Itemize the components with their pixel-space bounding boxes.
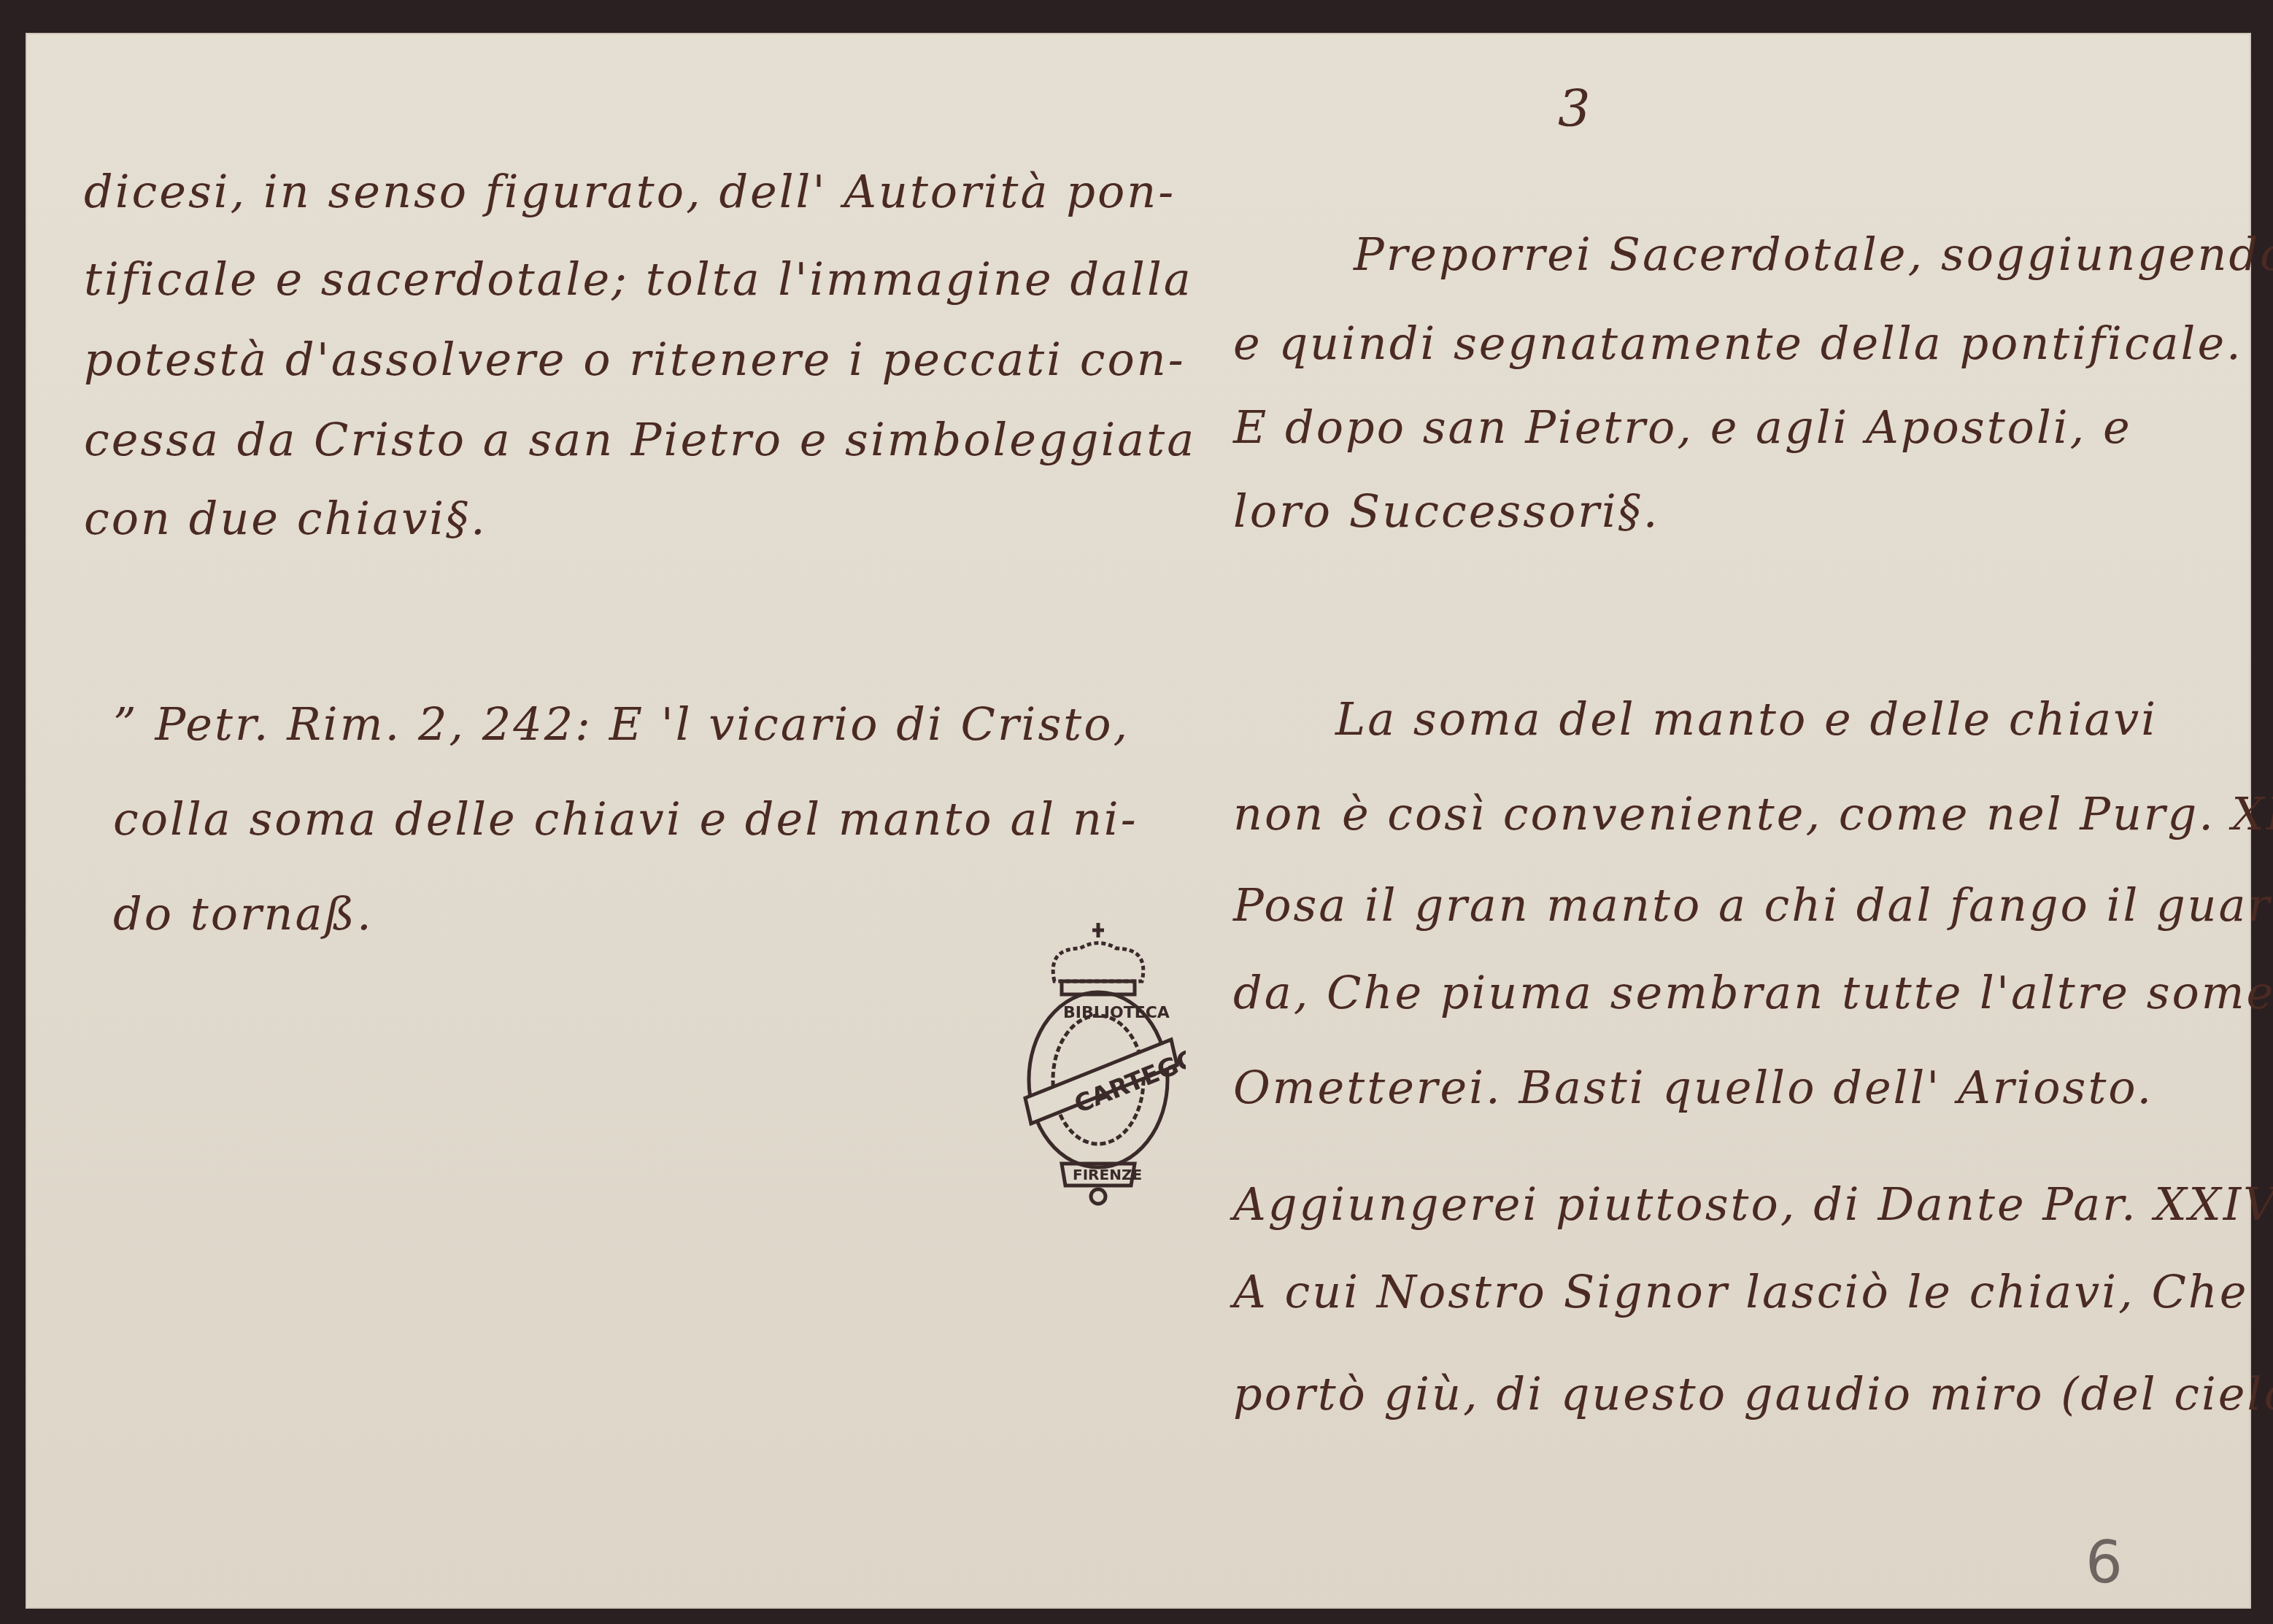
right-line-5: La soma del manto e delle chiavi bbox=[1335, 697, 2158, 742]
folio-number: 6 bbox=[2085, 1528, 2123, 1596]
right-line-11: A cui Nostro Signor lasciò le chiavi, Ch… bbox=[1233, 1269, 2248, 1315]
left-line-7: colla soma delle chiavi e del manto al n… bbox=[113, 797, 1138, 842]
right-line-1: Preporrei Sacerdotale, soggiungendo: bbox=[1354, 232, 2273, 277]
left-line-3: potestà d'assolvere o ritenere i peccati… bbox=[84, 337, 1186, 382]
right-line-2: e quindi segnatamente della pontificale. bbox=[1233, 321, 2243, 366]
left-line-5: con due chiavi§. bbox=[84, 496, 487, 541]
left-line-2: tificale e sacerdotale; tolta l'immagine… bbox=[84, 257, 1193, 302]
crown-crest-icon: BIBLIOTECA CARTEGGI FIRENZE bbox=[1011, 916, 1186, 1207]
library-stamp: BIBLIOTECA CARTEGGI FIRENZE bbox=[1011, 916, 1186, 1207]
right-line-6: non è così conveniente, come nel Purg. X… bbox=[1233, 792, 2273, 837]
right-line-8: da, Che piuma sembran tutte l'altre some… bbox=[1233, 970, 2273, 1016]
left-line-6: ” Petr. Rim. 2, 242: E 'l vicario di Cri… bbox=[113, 702, 1130, 747]
right-line-12: portò giù, di questo gaudio miro (del ci… bbox=[1233, 1372, 2273, 1417]
svg-text:FIRENZE: FIRENZE bbox=[1073, 1166, 1142, 1183]
right-line-3: E dopo san Pietro, e agli Apostoli, e bbox=[1233, 405, 2132, 450]
right-line-10: Aggiungerei piuttosto, di Dante Par. XXI… bbox=[1233, 1182, 2273, 1227]
left-line-4: cessa da Cristo a san Pietro e simbolegg… bbox=[84, 417, 1196, 463]
left-line-1: dicesi, in senso figurato, dell' Autorit… bbox=[84, 169, 1176, 214]
right-line-9: Ometterei. Basti quello dell' Ariosto. bbox=[1233, 1065, 2153, 1110]
page-number: 3 bbox=[1558, 79, 1591, 139]
left-line-8: do tornaß. bbox=[113, 892, 374, 937]
right-line-7: Posa il gran manto a chi dal fango il gu… bbox=[1233, 883, 2273, 928]
svg-text:BIBLIOTECA: BIBLIOTECA bbox=[1063, 1004, 1170, 1022]
right-line-4: loro Successori§. bbox=[1233, 489, 1660, 534]
